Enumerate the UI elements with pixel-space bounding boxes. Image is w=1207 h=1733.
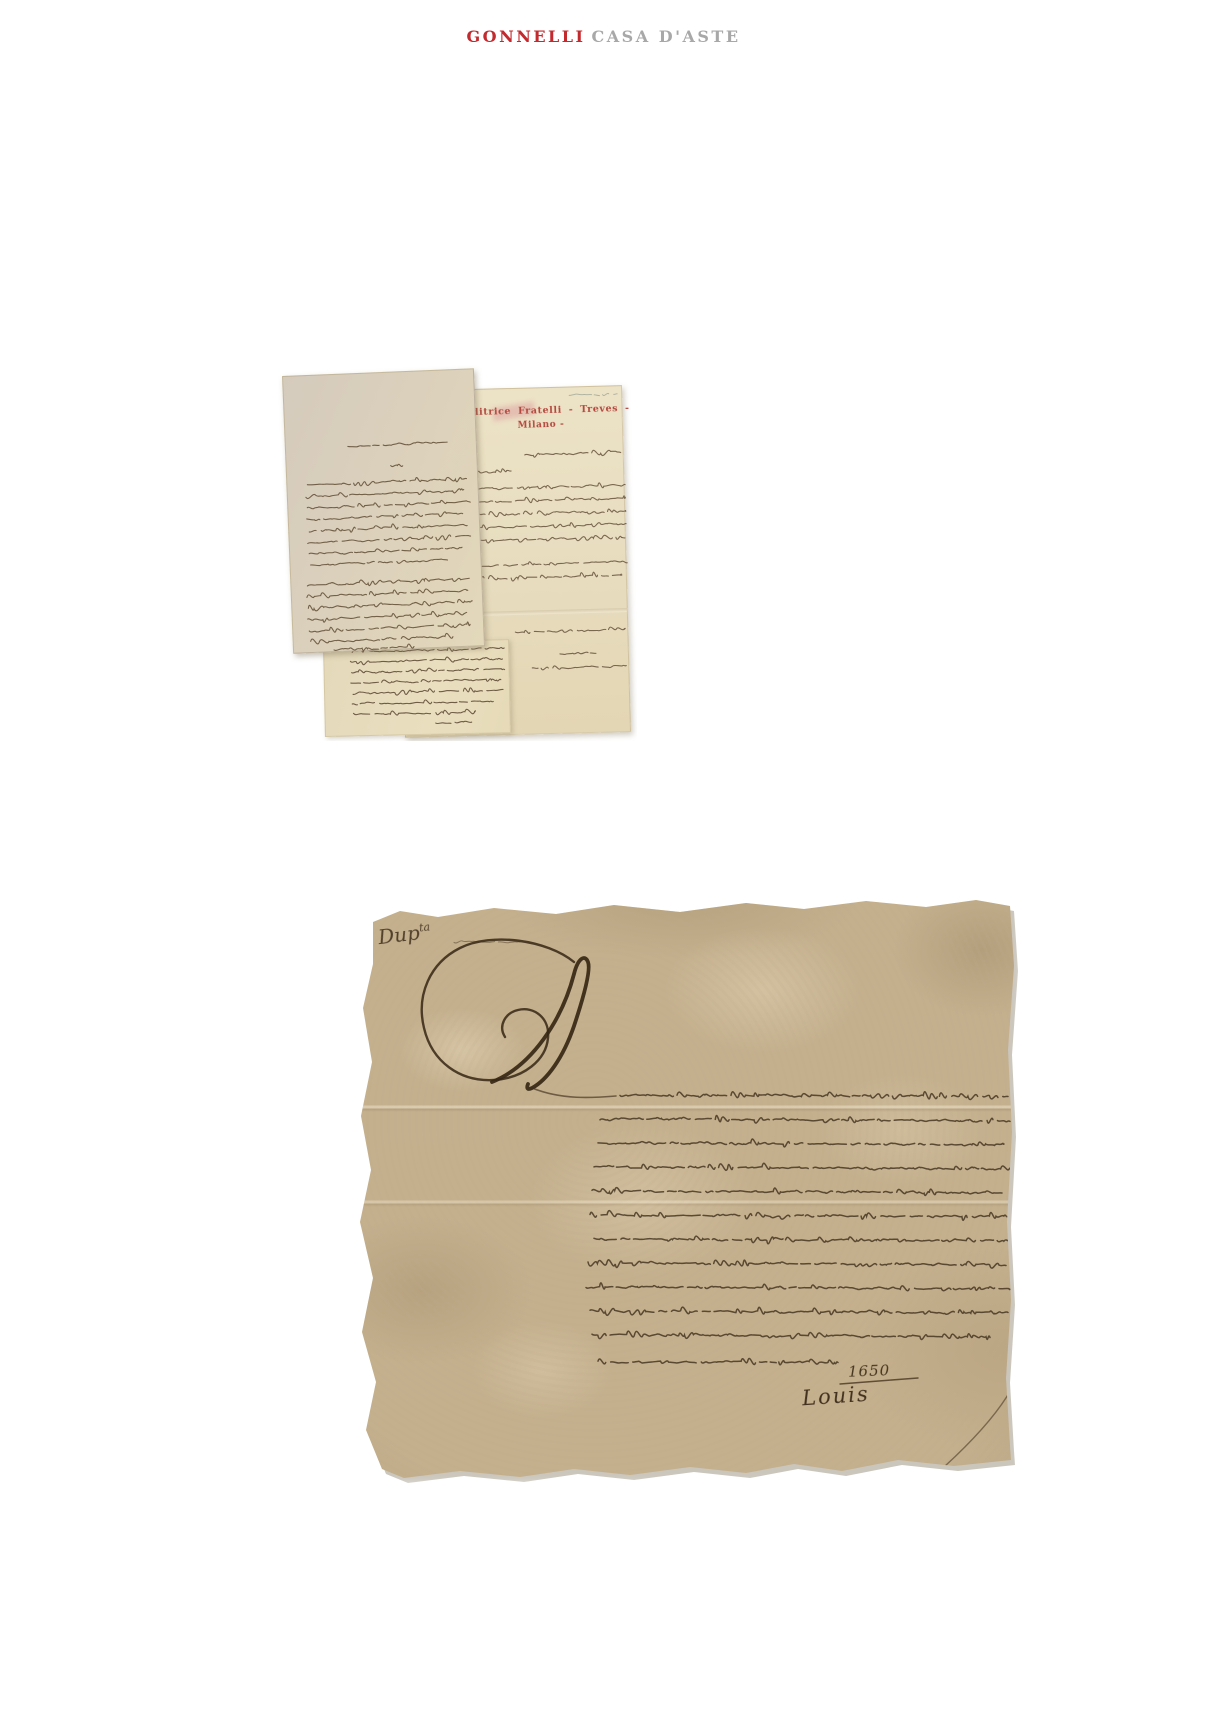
letter-sheet-front	[282, 368, 485, 653]
handwriting-line	[590, 1211, 1008, 1221]
royal-monogram-flourish-stem	[492, 958, 589, 1089]
handwriting-line	[592, 1331, 990, 1339]
top-right-ink-fleck	[908, 886, 915, 891]
handwriting-line	[353, 687, 503, 696]
handwriting-line	[311, 558, 448, 566]
handwriting-line	[391, 464, 403, 467]
handwriting-line	[598, 1359, 838, 1365]
handwriting-line	[307, 499, 470, 511]
handwriting-line	[351, 678, 501, 685]
handwriting-line	[352, 667, 505, 675]
handwriting-line	[560, 652, 596, 655]
handwriting-front-letter	[283, 369, 486, 654]
handwriting-line	[348, 441, 447, 447]
brand-suffix: CASA D'ASTE	[592, 27, 741, 46]
handwriting-parchment	[342, 870, 1020, 1482]
handwriting-line	[592, 1188, 1002, 1196]
handwriting-line	[307, 576, 469, 588]
handwriting-line	[353, 709, 475, 716]
handwriting-line	[594, 1236, 1010, 1244]
handwriting-line	[309, 546, 462, 556]
handwriting-line	[308, 599, 472, 611]
handwriting-line	[307, 511, 463, 522]
handwriting-line	[306, 488, 464, 499]
handwriting-line	[620, 1092, 1008, 1100]
louis-signature: Louis	[801, 1382, 870, 1411]
upper-letters-photo: Libreria Editrice Fratelli - Treves - Mi…	[265, 335, 637, 741]
handwriting-line	[309, 521, 467, 534]
handwriting-line	[308, 610, 467, 623]
handwriting-line	[350, 656, 502, 665]
handwriting-line	[515, 627, 625, 634]
handwriting-line	[586, 1283, 1010, 1291]
letter-sheet-fragment	[323, 639, 511, 737]
handwriting-line	[598, 1139, 1004, 1147]
handwriting-line	[436, 721, 472, 724]
dateline-year: 1650	[848, 1361, 891, 1380]
handwriting-line	[590, 1307, 1008, 1315]
parchment-sheet: Dupta 1650 Louis	[342, 870, 1020, 1482]
royal-monogram-flourish-loop	[422, 940, 574, 1081]
handwriting-line	[352, 699, 493, 706]
handwriting-line	[307, 476, 466, 488]
catalog-page: { "header": { "brand": "GONNELLI", "suff…	[0, 0, 1207, 1733]
parchment-letter-photo: Dupta 1650 Louis	[342, 870, 1020, 1482]
handwriting-line	[594, 1163, 1010, 1170]
page-header: GONNELLICASA D'ASTE	[0, 27, 1207, 46]
handwriting-line	[525, 450, 621, 458]
handwriting-line	[311, 633, 453, 644]
handwriting-line	[588, 1260, 1006, 1268]
handwriting-line	[532, 664, 626, 670]
handwriting-fragment	[324, 640, 512, 738]
handwriting-line	[307, 587, 468, 599]
handwriting-line	[308, 534, 471, 546]
handwriting-line	[309, 622, 470, 634]
monogram-tail	[532, 1088, 616, 1098]
handwriting-line	[569, 393, 617, 396]
handwriting-line	[600, 1116, 1010, 1124]
brand-name: GONNELLI	[466, 27, 585, 46]
